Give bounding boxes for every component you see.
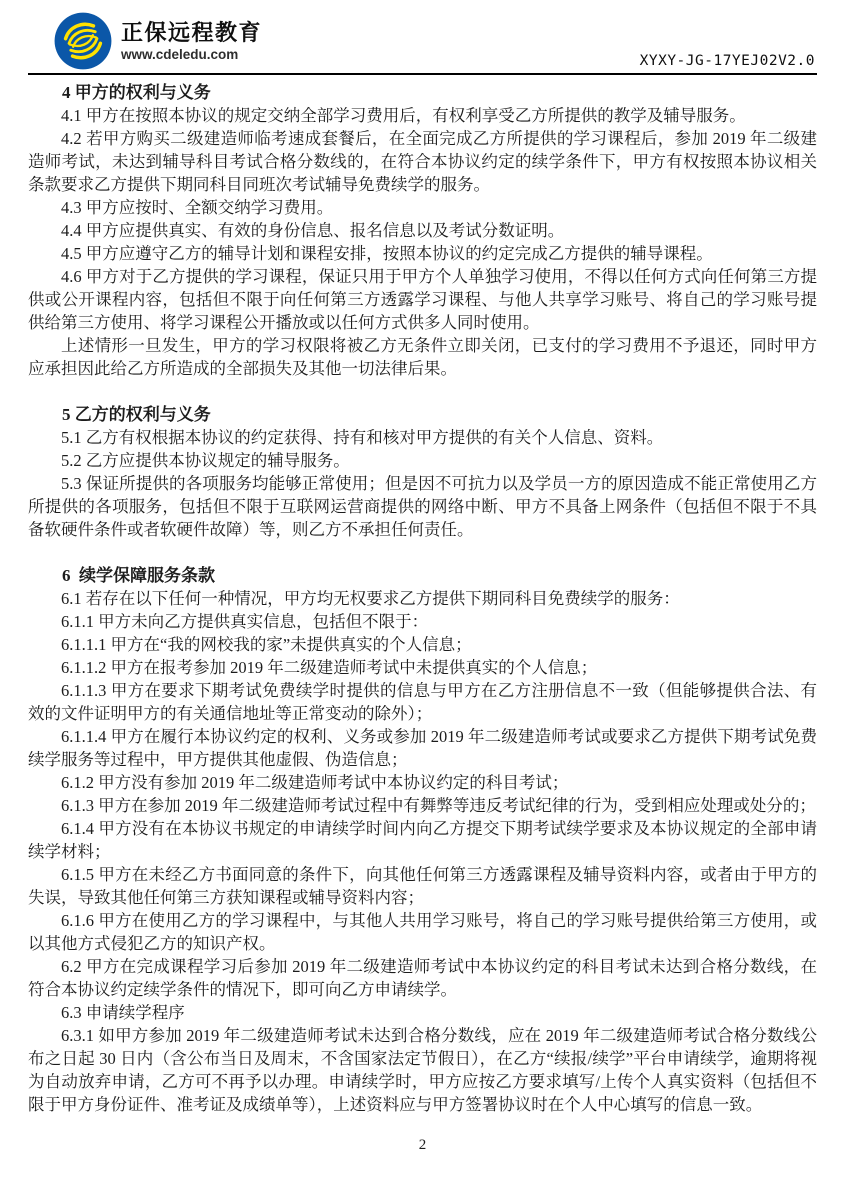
page-number: 2 [419, 1137, 427, 1153]
section-heading: 4 甲方的权利与义务 [28, 81, 817, 104]
paragraph: 6.1 若存在以下任何一种情况，甲方均无权要求乙方提供下期同科目免费续学的服务： [28, 587, 817, 610]
brand: 正保远程教育 www.cdeledu.com [54, 12, 262, 70]
paragraph: 6.1.1.1 甲方在“我的网校我的家”未提供真实的个人信息； [28, 633, 817, 656]
paragraph: 6.1.2 甲方没有参加 2019 年二级建造师考试中本协议约定的科目考试； [28, 771, 817, 794]
paragraph: 6.1.1.4 甲方在履行本协议约定的权利、义务或参加 2019 年二级建造师考… [28, 725, 817, 771]
paragraph: 6.1.6 甲方在使用乙方的学习课程中，与其他人共用学习账号，将自己的学习账号提… [28, 909, 817, 955]
brand-text: 正保远程教育 www.cdeledu.com [121, 20, 262, 63]
paragraph: 4.5 甲方应遵守乙方的辅导计划和课程安排，按照本协议的约定完成乙方提供的辅导课… [28, 242, 817, 265]
paragraph: 6.1.3 甲方在参加 2019 年二级建造师考试过程中有舞弊等违反考试纪律的行… [28, 794, 817, 817]
page-header: 正保远程教育 www.cdeledu.com XYXY-JG-17YEJ02V2… [0, 0, 845, 73]
paragraph: 4.6 甲方对于乙方提供的学习课程，保证只用于甲方个人单独学习使用，不得以任何方… [28, 265, 817, 334]
paragraph: 4.2 若甲方购买二级建造师临考速成套餐后，在全面完成乙方所提供的学习课程后，参… [28, 127, 817, 196]
paragraph: 4.4 甲方应提供真实、有效的身份信息、报名信息以及考试分数证明。 [28, 219, 817, 242]
page-footer: 2 [0, 1137, 845, 1154]
paragraph: 6.1.1.2 甲方在报考参加 2019 年二级建造师考试中未提供真实的个人信息… [28, 656, 817, 679]
document-page: 正保远程教育 www.cdeledu.com XYXY-JG-17YEJ02V2… [0, 0, 845, 1188]
paragraph: 6.1.5 甲方在未经乙方书面同意的条件下，向其他任何第三方透露课程及辅导资料内… [28, 863, 817, 909]
paragraph: 上述情形一旦发生，甲方的学习权限将被乙方无条件立即关闭，已支付的学习费用不予退还… [28, 334, 817, 380]
section-heading: 5 乙方的权利与义务 [28, 403, 817, 426]
paragraph: 5.2 乙方应提供本协议规定的辅导服务。 [28, 449, 817, 472]
paragraph: 4.1 甲方在按照本协议的规定交纳全部学习费用后，有权利享受乙方所提供的教学及辅… [28, 104, 817, 127]
paragraph: 5.3 保证所提供的各项服务均能够正常使用；但是因不可抗力以及学员一方的原因造成… [28, 472, 817, 541]
paragraph: 6.3 申请续学程序 [28, 1001, 817, 1024]
paragraph: 4.3 甲方应按时、全额交纳学习费用。 [28, 196, 817, 219]
paragraph: 6.1.1 甲方未向乙方提供真实信息，包括但不限于： [28, 610, 817, 633]
company-website: www.cdeledu.com [121, 47, 262, 63]
paragraph: 6.1.4 甲方没有在本协议书规定的申请续学时间内向乙方提交下期考试续学要求及本… [28, 817, 817, 863]
paragraph: 6.2 甲方在完成课程学习后参加 2019 年二级建造师考试中本协议约定的科目考… [28, 955, 817, 1001]
section-heading: 6 续学保障服务条款 [28, 564, 817, 587]
company-name: 正保远程教育 [121, 20, 262, 46]
company-logo-icon [54, 12, 112, 70]
document-code: XYXY-JG-17YEJ02V2.0 [640, 53, 815, 70]
paragraph: 6.1.1.3 甲方在要求下期考试免费续学时提供的信息与甲方在乙方注册信息不一致… [28, 679, 817, 725]
paragraph: 6.3.1 如甲方参加 2019 年二级建造师考试未达到合格分数线，应在 201… [28, 1024, 817, 1116]
paragraph: 5.1 乙方有权根据本协议的约定获得、持有和核对甲方提供的有关个人信息、资料。 [28, 426, 817, 449]
document-body: 4 甲方的权利与义务4.1 甲方在按照本协议的规定交纳全部学习费用后，有权利享受… [0, 75, 845, 1116]
